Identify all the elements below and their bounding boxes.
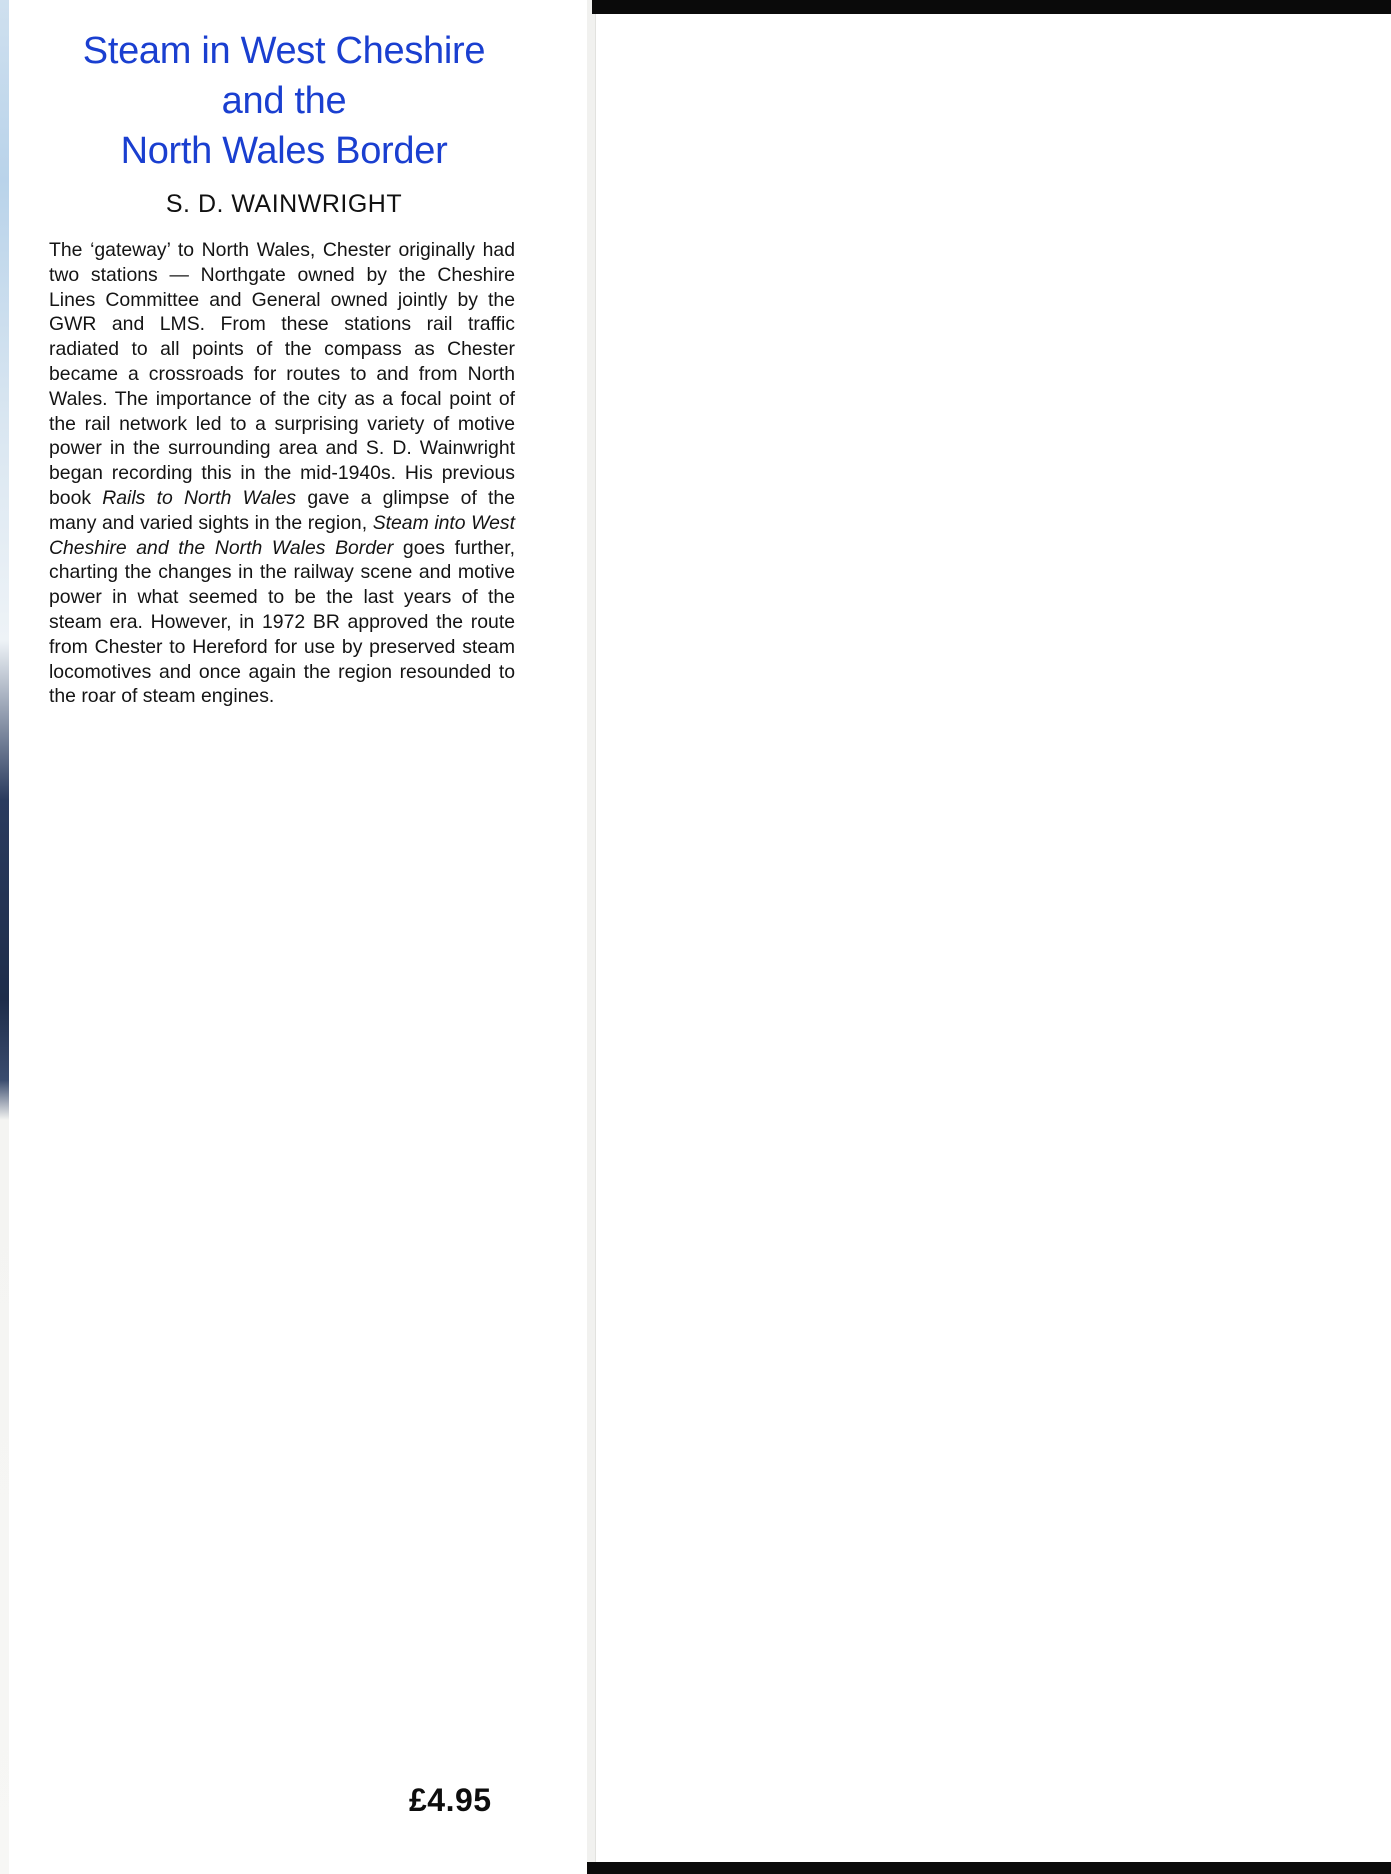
board-bottom-edge (587, 1862, 1391, 1874)
flap-fold (587, 0, 596, 1874)
blurb-book-title: Rails to North Wales (102, 487, 296, 509)
price-label: £4.95 (409, 1782, 492, 1819)
jacket-flap: Steam in West Cheshire and the North Wal… (9, 0, 587, 1874)
author-name: S. D. WAINWRIGHT (29, 190, 539, 219)
jacket-edge-strip (0, 0, 9, 1874)
board-top-edge (592, 0, 1391, 14)
title-line: and the (29, 76, 539, 126)
blank-board (596, 14, 1391, 1862)
blurb-paragraph: The ‘gateway’ to North Wales, Chester or… (49, 238, 515, 709)
book-title: Steam in West Cheshire and the North Wal… (29, 26, 539, 176)
blurb-text: goes further, charting the changes in th… (49, 537, 515, 708)
blurb-text: The ‘gateway’ to North Wales, Chester or… (49, 239, 515, 509)
title-line: North Wales Border (29, 126, 539, 176)
title-line: Steam in West Cheshire (29, 26, 539, 76)
